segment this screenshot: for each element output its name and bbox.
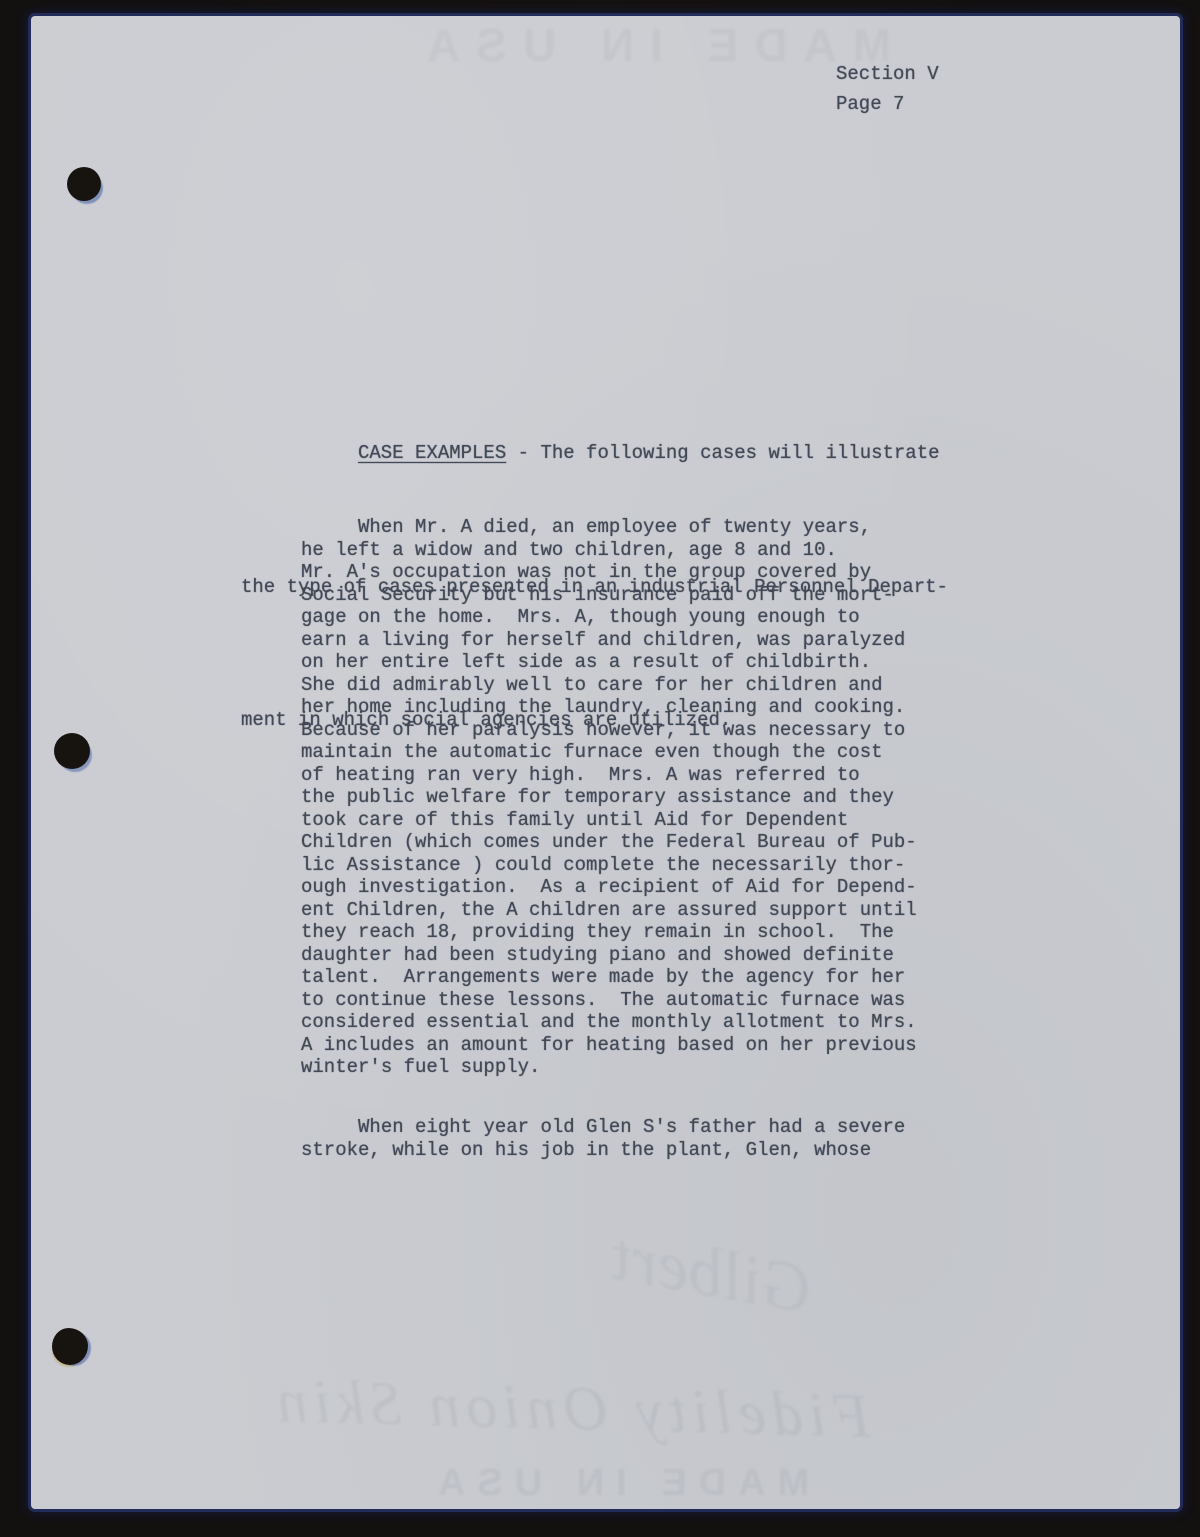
- ghost-watermark-top: MADE IN USA: [411, 18, 891, 72]
- hole-punch-bottom: [52, 1328, 88, 1365]
- ghost-watermark-bottom: MADE IN USA: [426, 1462, 809, 1505]
- heading-line-1: CASE EXAMPLES - The following cases will…: [241, 431, 1001, 476]
- hole-punch-top: [67, 167, 101, 201]
- ghost-watermark-brand: Fidelity Onion Skin: [270, 1366, 871, 1453]
- heading-intro-rest: - The following cases will illustrate: [506, 442, 939, 464]
- section-label: Section V: [836, 63, 939, 85]
- page-number-label: Page 7: [836, 93, 904, 115]
- document-page: MADE IN USA Gilbert Fidelity Onion Skin …: [28, 13, 1183, 1512]
- hole-punch-middle: [54, 733, 90, 769]
- body-paragraph-1: When Mr. A died, an employee of twenty y…: [301, 516, 951, 1079]
- ghost-script-mark: Gilbert: [606, 1217, 819, 1331]
- page-corner-header: Section VPage 7: [836, 59, 939, 119]
- body-paragraph-2: When eight year old Glen S's father had …: [301, 1116, 951, 1161]
- heading-title-underlined: CASE EXAMPLES: [358, 442, 506, 464]
